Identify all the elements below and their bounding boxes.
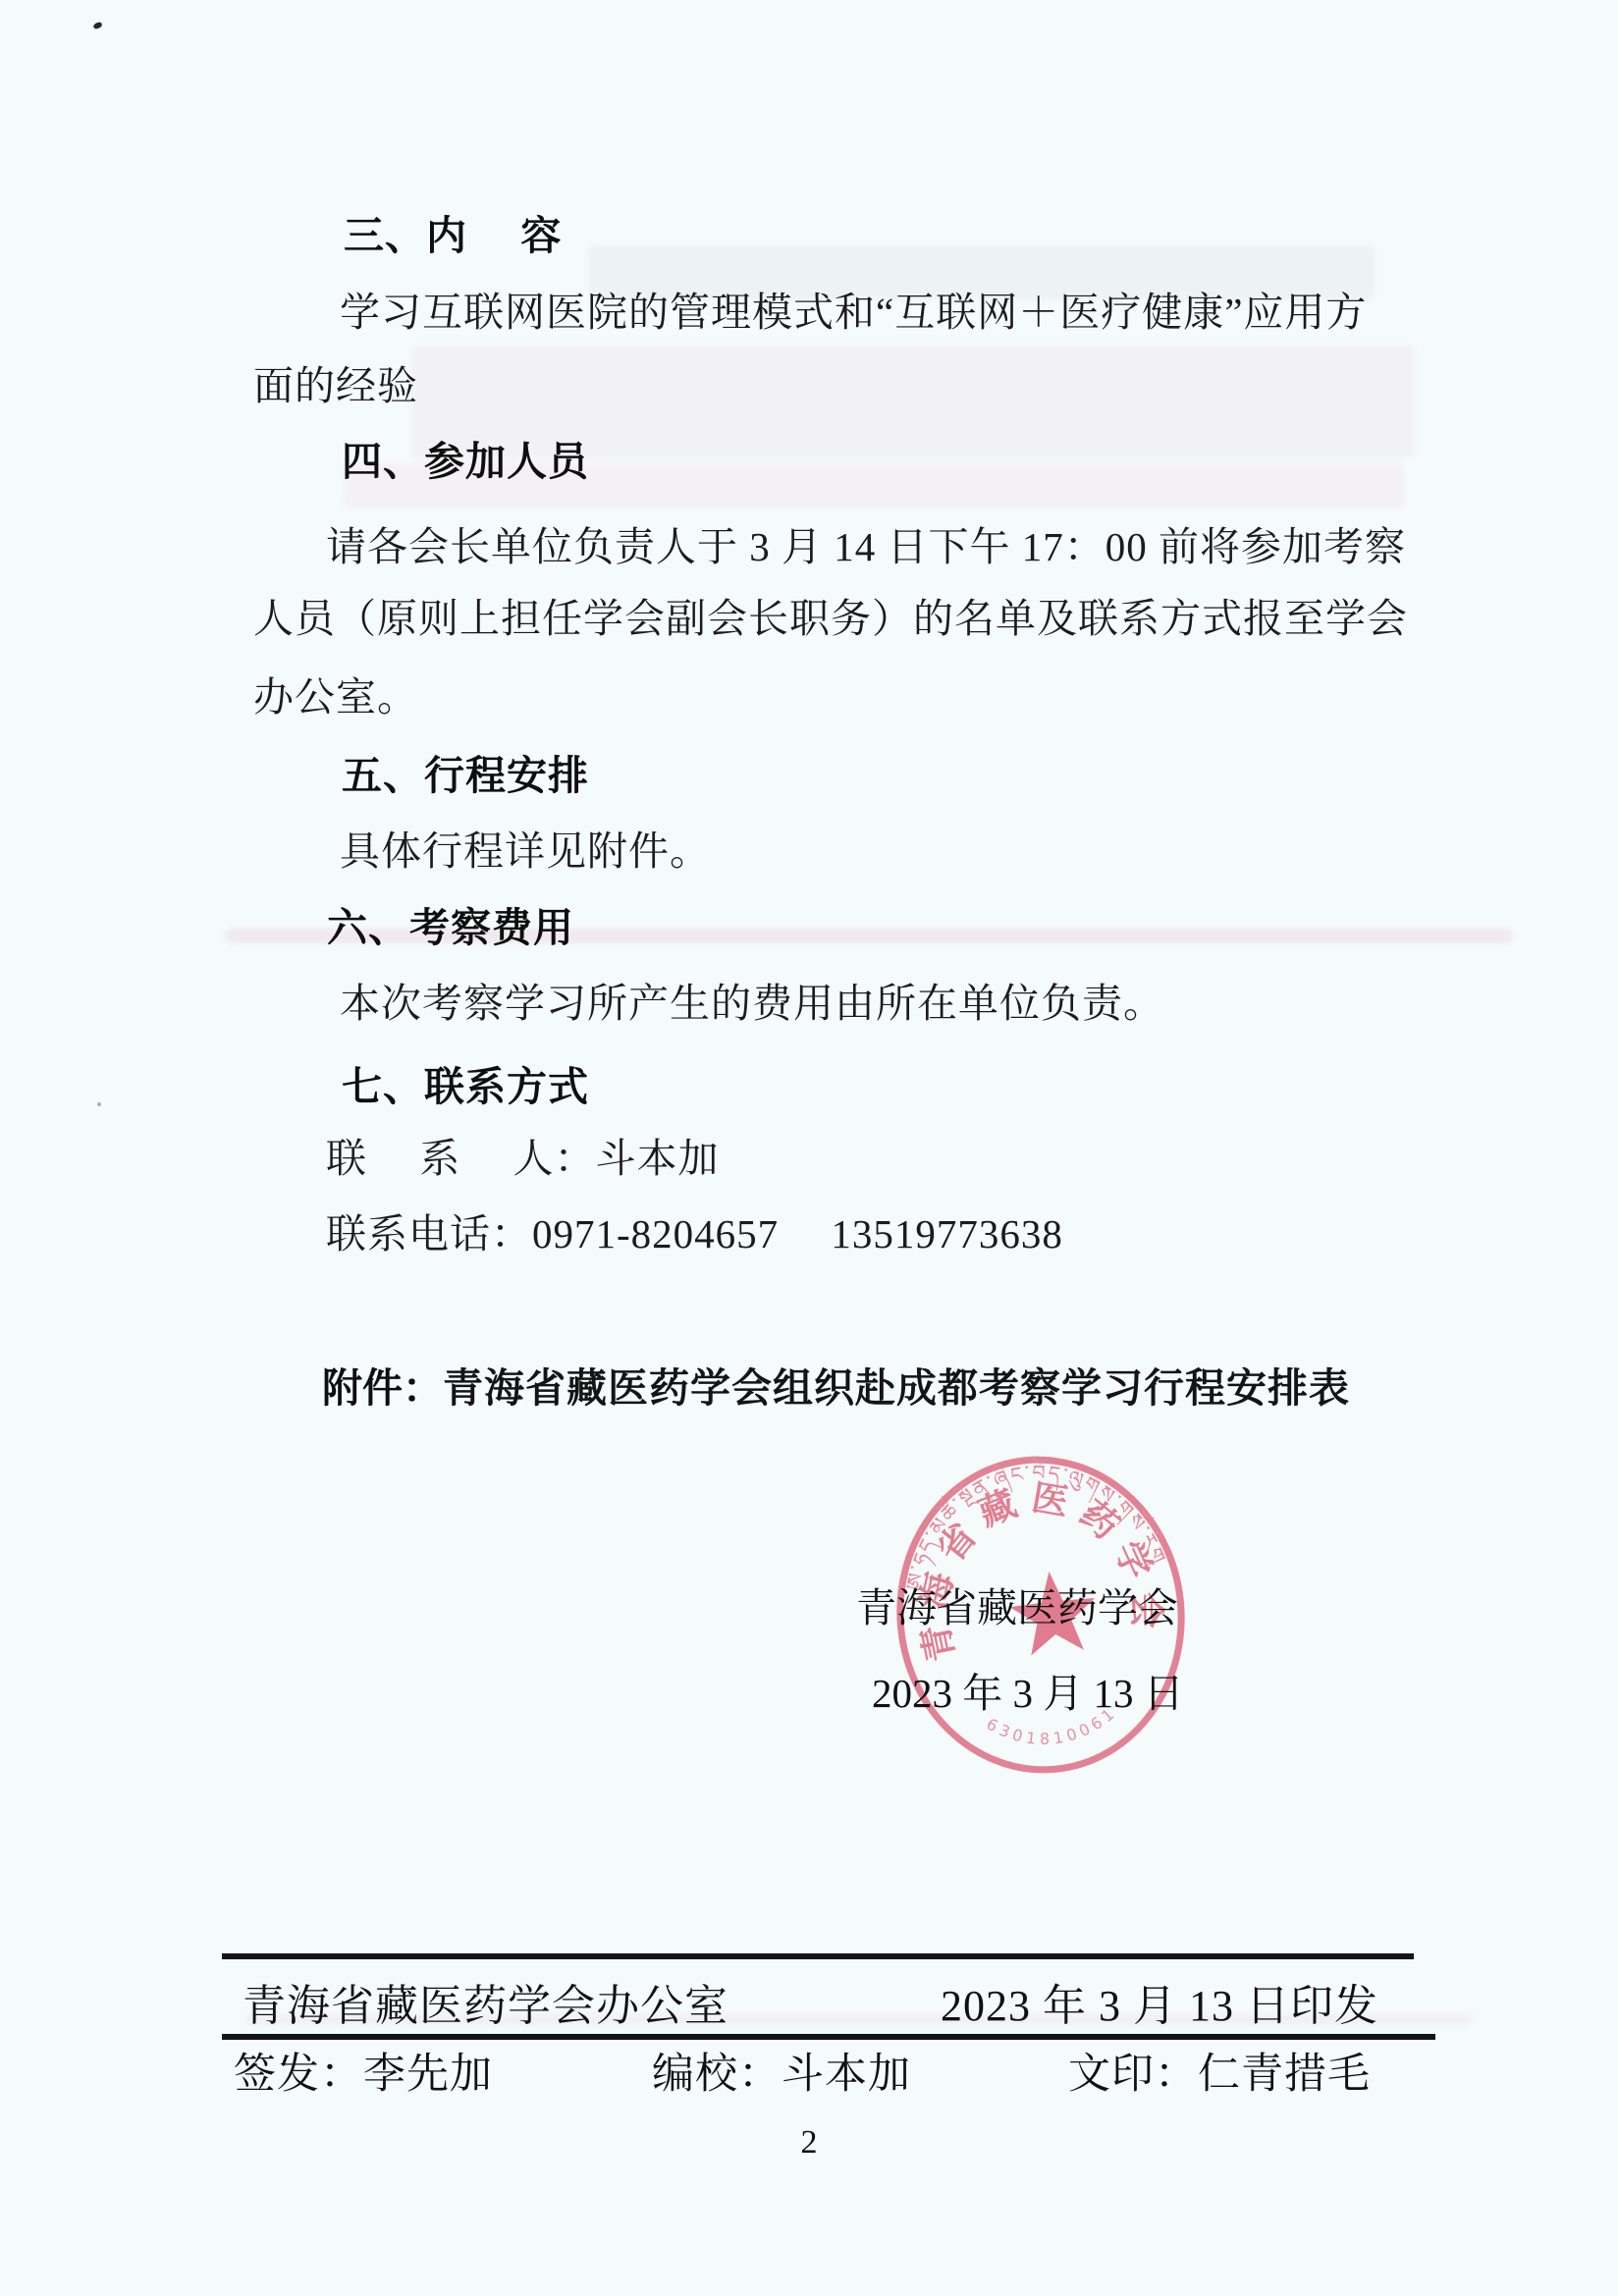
footer-print-date: 2023 年 3 月 13 日印发 bbox=[941, 1982, 1378, 2030]
section-3-line-1: 学习互联网医院的管理模式和“互联网＋医疗健康”应用方 bbox=[340, 291, 1367, 336]
section-3-line-2: 面的经验 bbox=[253, 364, 418, 409]
page-number: 2 bbox=[0, 2124, 1618, 2162]
scanned-document-page: 三、内 容 学习互联网医院的管理模式和“互联网＋医疗健康”应用方 面的经验 四、… bbox=[0, 0, 1618, 2296]
attachment-line: 附件：青海省藏医药学会组织赴成都考察学习行程安排表 bbox=[322, 1366, 1350, 1412]
section-4-line-1: 请各会长单位负责人于 3 月 14 日下午 17：00 前将参加考察 bbox=[326, 525, 1406, 570]
footer-edited-by: 编校：斗本加 bbox=[652, 2052, 911, 2099]
section-7-heading: 七、联系方式 bbox=[342, 1065, 589, 1110]
attachment-title: 青海省藏医药学会组织赴成都考察学习行程安排表 bbox=[443, 1365, 1350, 1411]
section-4-line-2: 人员（原则上担任学会副会长职务）的名单及联系方式报至学会 bbox=[253, 597, 1408, 642]
signature-org: 青海省藏医药学会 bbox=[856, 1586, 1178, 1631]
section-6-heading: 六、考察费用 bbox=[327, 906, 574, 951]
scan-dot bbox=[97, 1102, 101, 1106]
footer-typist: 文印：仁青措毛 bbox=[1068, 2052, 1371, 2099]
footer-signed-by: 签发：李先加 bbox=[234, 2052, 493, 2099]
contact-phone-line: 联系电话：0971-8204657 13519773638 bbox=[326, 1212, 1063, 1257]
section-5-line-1: 具体行程详见附件。 bbox=[340, 829, 711, 875]
section-6-line-1: 本次考察学习所产生的费用由所在单位负责。 bbox=[340, 982, 1164, 1027]
section-5-heading: 五、行程安排 bbox=[342, 754, 589, 799]
footer-rule-top bbox=[222, 1953, 1414, 1959]
ink-speck bbox=[92, 22, 102, 29]
signature-date: 2023 年 3 月 13 日 bbox=[872, 1672, 1184, 1717]
contact-person-line: 联 系 人：斗本加 bbox=[326, 1137, 720, 1182]
section-4-heading: 四、参加人员 bbox=[342, 440, 589, 485]
section-4-line-3: 办公室。 bbox=[253, 675, 418, 721]
footer-office: 青海省藏医药学会办公室 bbox=[243, 1982, 728, 2030]
attachment-label: 附件： bbox=[322, 1365, 443, 1411]
section-3-heading: 三、内 容 bbox=[344, 214, 562, 259]
footer-rule-middle bbox=[222, 2034, 1435, 2040]
